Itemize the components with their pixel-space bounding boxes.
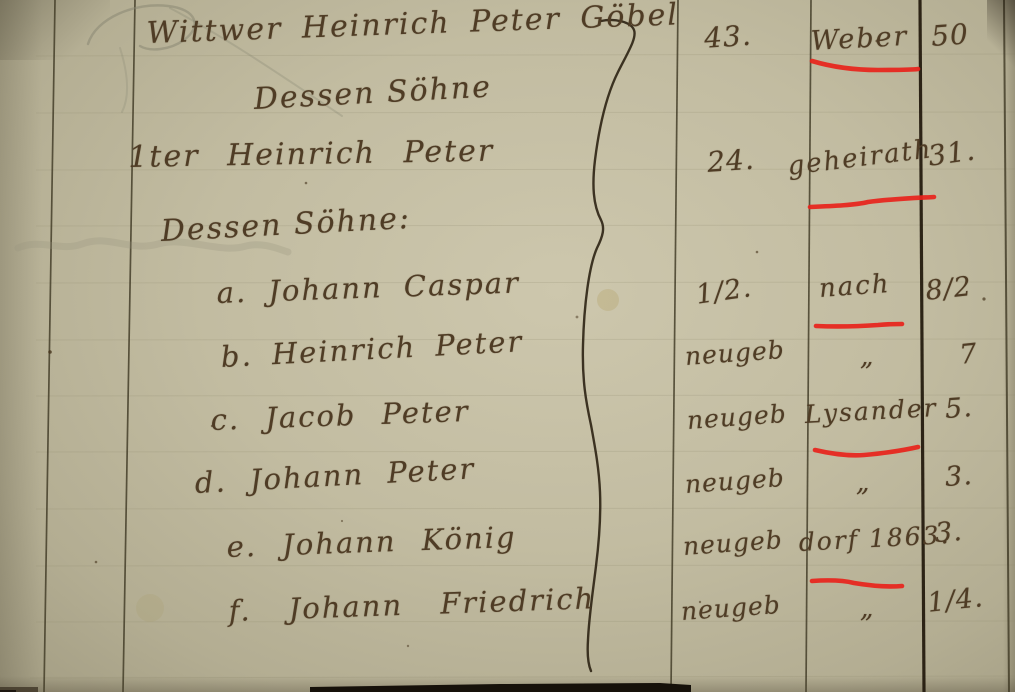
entry-age: neugeb: [682, 525, 784, 561]
entry-value: 7: [958, 338, 979, 371]
column-line-3: [671, 0, 678, 692]
entry-note: nach: [818, 269, 891, 304]
entry-value: 8/2: [924, 271, 973, 307]
column-line-2: [123, 0, 135, 692]
entry-age: neugeb: [684, 463, 786, 499]
scan-shadow-left: [0, 0, 42, 692]
column-line-1: [44, 0, 55, 692]
entry-note: „: [860, 594, 875, 624]
red-underline-lysander: [815, 447, 918, 455]
scan-shadow-bottom: [0, 676, 1015, 692]
red-underline-geheirath: [810, 197, 934, 207]
entry-name: Dessen Söhne: [253, 70, 493, 117]
entry-age: 43.: [703, 19, 753, 55]
entry-name: f. Johann Friedrich: [228, 581, 596, 628]
brace-mark: [583, 20, 635, 671]
entry-name: Wittwer Heinrich Peter Göbel: [146, 0, 680, 51]
scan-shadow-top-right: [987, 0, 1015, 70]
entry-note: Lysander: [804, 393, 938, 429]
document-scan: Wittwer Heinrich Peter Göbel 43. Weber 5…: [0, 0, 1015, 692]
entry-age: neugeb: [680, 590, 782, 626]
entry-value: 3.: [934, 516, 964, 549]
entry-name: a. Johann Caspar: [216, 265, 520, 310]
column-line-5-thick: [920, 0, 924, 692]
entry-value: 5.: [944, 392, 974, 425]
entry-name: d. Johann Peter: [194, 451, 476, 500]
entry-age: neugeb: [686, 399, 788, 435]
entry-value: 31.: [926, 133, 978, 172]
red-underline-dorf1863: [812, 580, 902, 586]
entry-value: 50: [930, 17, 970, 53]
entry-name: c. Jacob Peter: [210, 394, 470, 437]
entry-note: geheirath: [786, 134, 934, 182]
entry-value: 3.: [944, 460, 974, 493]
entry-age: neugeb: [684, 335, 786, 371]
entry-note: Weber: [810, 21, 909, 57]
entry-name: 1ter Heinrich Peter: [128, 134, 495, 175]
entry-value: 1/4.: [926, 582, 985, 619]
entry-name: b. Heinrich Peter: [220, 324, 524, 374]
entry-name: Dessen Söhne:: [160, 201, 412, 249]
entry-note: dorf 1863.: [798, 520, 951, 557]
column-line-4: [806, 0, 811, 692]
entry-note: „: [860, 342, 875, 372]
entry-note: „: [856, 468, 871, 498]
entry-age: 1/2.: [694, 272, 754, 310]
entry-name: e. Johann König: [226, 520, 517, 564]
red-underline-weber: [812, 61, 918, 70]
entry-age: 24.: [706, 143, 756, 179]
red-underline-nach: [816, 324, 902, 326]
scan-shadow-right: [1003, 0, 1015, 692]
